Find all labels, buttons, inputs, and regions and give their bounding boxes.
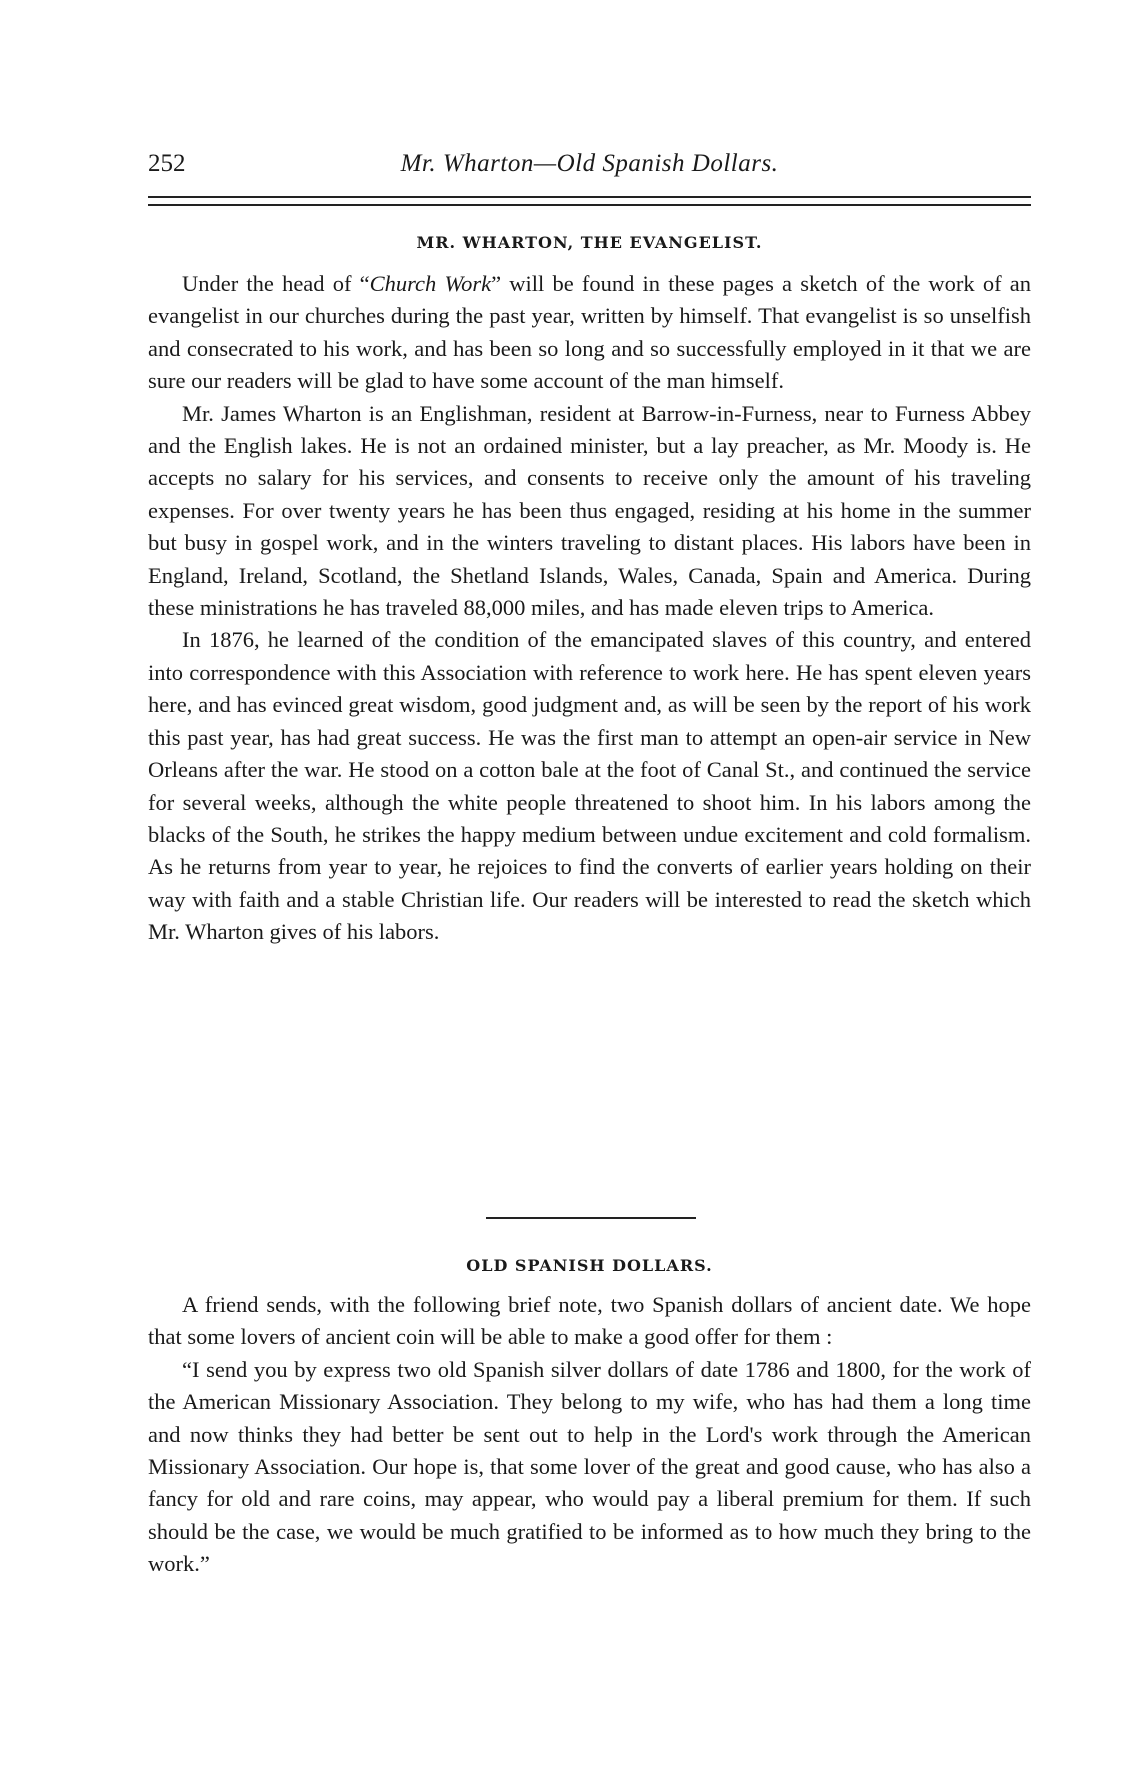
paragraph-text: Under the head of “ [182, 271, 370, 296]
section-divider [486, 1217, 696, 1219]
paragraph: A friend sends, with the following brief… [148, 1289, 1031, 1354]
header-rule-bottom [148, 204, 1031, 206]
running-head: 252 Mr. Wharton—Old Spanish Dollars. [148, 150, 1031, 184]
paragraph: Under the head of “Church Work” will be … [148, 268, 1031, 398]
running-title: Mr. Wharton—Old Spanish Dollars. [148, 150, 1031, 178]
header-rule-top [148, 196, 1031, 198]
paragraph: In 1876, he learned of the condition of … [148, 624, 1031, 948]
section-body-spanish-dollars: A friend sends, with the following brief… [148, 1289, 1031, 1581]
section-heading-wharton: MR. WHARTON, THE EVANGELIST. [148, 233, 1031, 252]
paragraph: Mr. James Wharton is an Englishman, resi… [148, 398, 1031, 625]
section-body-wharton: Under the head of “Church Work” will be … [148, 268, 1031, 949]
paragraph: “I send you by express two old Spanish s… [148, 1354, 1031, 1581]
section-heading-spanish-dollars: OLD SPANISH DOLLARS. [148, 1256, 1031, 1275]
italic-title: Church Work [370, 271, 492, 296]
